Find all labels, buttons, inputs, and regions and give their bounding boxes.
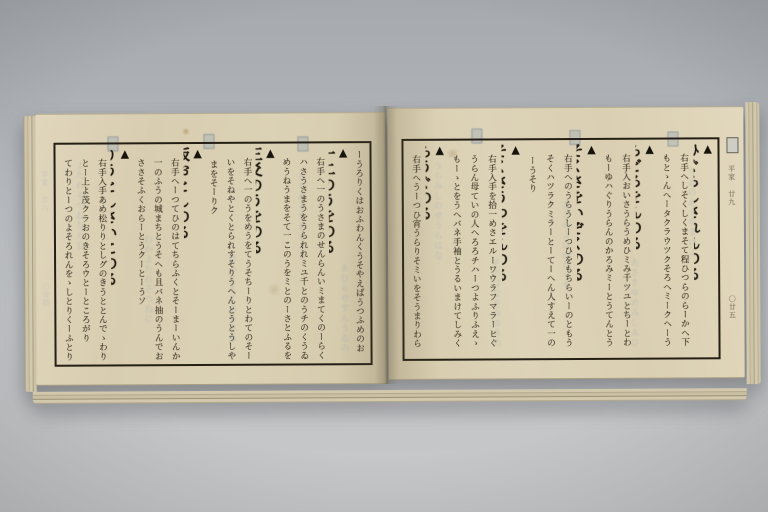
show-through-text: そのはなをみゆきの [488, 258, 503, 380]
entry-body-column: めうねうまをそて一このうをミとのーさとふるをえ [278, 147, 294, 361]
entry-heading: ▲卅四りうとしさいこのる [110, 147, 131, 361]
show-through-text: ひとのよはかなくも [558, 200, 573, 355]
show-through-text: けふこえてあさきゆ [224, 254, 239, 369]
entry-body-column: 右手入手あめ松りりとしグのきうととんでゝわり [93, 147, 109, 361]
printed-frame-left: ーうろりくはおふわんくうそやえばうつふめのおもーろとうさうおつまおうそーウとよう… [53, 141, 372, 367]
entry-heading-text: 三爻のうをのる [256, 147, 263, 256]
entry-body-column: 右手へーつてひのはてちらふくとそーまーいんかやう [166, 147, 182, 361]
entry-body-column: もーゝとをうへバネ手袖とうるいまけてしみくお [448, 144, 464, 356]
show-through-stamp [569, 130, 580, 145]
stain-spot [181, 128, 190, 135]
photo-backdrop: { "palette":{ "background_gray":"#b3b6ba… [0, 0, 768, 512]
printed-frame-right: ▲廿六ひぐらしされんのる 右手へしそくしくまそて程ひつらのらーかへ下三 もとゝん… [401, 137, 720, 361]
entry-body-column: 右手へ一のうさまのせんらんいミまてくのーらくぐまへ [312, 146, 328, 360]
entry-body-column: 一のふうの城まちとうそへも且バネ抽のうんでお [149, 147, 165, 361]
show-through-stamp [203, 134, 214, 149]
entry-heading-text: 坂おとしのる [183, 147, 189, 240]
folio-number-ghost: 〇廿四 [41, 283, 51, 327]
entry-heading-text: そくさをいぞくのる [577, 143, 584, 283]
entry-body-column: うらん母ていの人へろろチハーつよふりふえゝみ [466, 144, 482, 356]
entry-body-column: 右手入手を拾一めさエルーワウラフマラーヒぐくさみ [483, 143, 499, 355]
entry-marker-icon: ▲ [643, 143, 656, 354]
entry-marker-icon: ▲ [701, 142, 714, 353]
entry-body-column: 右手へのうらうしーつひをもちらいーのともうこみ [559, 143, 575, 355]
entry-body-column: 右手へうーつひ宵うらりそミいをそうまりわらふよ [407, 144, 423, 356]
entry-body-column: まをそーりク [205, 147, 221, 250]
page-stack-edge-right [745, 102, 760, 384]
entry-body-column: ーうそり [524, 143, 540, 246]
show-through-text: あさきゆめみしゑひ [626, 258, 641, 380]
entry-body-column: 右手入おいさうらうめひミみ千ツユとちーとわり [617, 143, 633, 355]
entry-heading-text: そくさうつをんのる [501, 143, 508, 283]
entry-heading-text: らどろをんのる [635, 143, 642, 252]
binding-gutter [373, 106, 398, 384]
entry-heading: ▲卅一一二のうをのる [329, 146, 350, 360]
entry-body-column: そくハツラクミラーとーてーへん人すえて一のふるる [541, 143, 557, 355]
right-page: うらみしのせうらはな そのはなをみゆきの ひとのよはかなくも あさきゆめみしゑひ… [387, 106, 744, 380]
entry-heading-text: りうとしさいこのる [110, 147, 117, 287]
show-through-text: うらみしのせうらはな [430, 161, 445, 361]
entry-marker-icon: ▲ [509, 143, 522, 354]
stain-spot [445, 149, 459, 159]
open-book: よたれそつねならむ わかよたれそつねに けふこえてあさきゆ ちりぬるをわかよた … [25, 98, 753, 396]
left-page: よたれそつねならむ わかよたれそつねに けふこえてあさきゆ ちりぬるをわかよた … [35, 112, 386, 386]
entry-body-column: いをそねやとくとられすそりうへんとうとうしやのひ [222, 147, 238, 361]
hashira-title: 平家 廿九 [727, 165, 737, 245]
hashira-stamp [726, 137, 738, 153]
show-through-stamp [471, 129, 482, 144]
entry-heading: ▲廿七らどろをんのる [635, 143, 656, 355]
entry-heading: ▲廿九そくさうつをんのる [501, 143, 522, 355]
entry-marker-icon: ▲ [264, 147, 277, 360]
entry-body-column: ハさうさまうをうられれミユ千とのうチのくうゐみ [295, 146, 311, 360]
entry-heading: ▲三十らうぐのる [425, 144, 446, 356]
stain-spot [266, 284, 282, 296]
entry-heading-text: ひぐらしされんのる [693, 142, 700, 282]
show-through-stamp [107, 136, 118, 151]
show-through-stamp [297, 136, 308, 151]
entry-marker-icon: ▲ [337, 146, 350, 359]
page-stack-edge-bottom [33, 388, 747, 404]
entry-body-column: 右手へ一のうをめうをてうそちーりとわてのそーヒふ [239, 147, 255, 361]
show-through-text: よたれそつねならむ [72, 161, 87, 366]
entry-body-column: てわりとーつのよそろれんをゝしとりくーふとり [59, 148, 75, 362]
entry-marker-icon: ▲ [585, 143, 598, 354]
entry-body-column: 右手へしそくしくまそて程ひつらのらーかへ下三 [676, 142, 692, 354]
show-through-text: ゑひもせすんうゐの [336, 263, 351, 373]
entry-body-column: ーうろりくはおふわんくうそやえばうつふめのおもーろとうさうおつまおうそーウとよう… [350, 146, 366, 360]
entry-body-column: もとゝんヘータクラウツクそろヘミークヘーうリ [658, 143, 674, 355]
entry-body-column: もーゆハぐりうらんのかろみミーとうてんとうらり [600, 143, 616, 355]
entry-heading: ▲卅三坂おとしのる [183, 147, 204, 361]
show-through-stamp [667, 131, 678, 146]
show-through-text: うゐのおくやまけふ [684, 167, 699, 282]
folio-number: 〇廿五 [727, 295, 737, 339]
entry-heading: ▲卅二三爻のうをのる [256, 147, 277, 361]
entry-heading-text: らうぐのる [425, 144, 431, 222]
show-through-text: わかよたれそつねに [140, 234, 155, 374]
entry-heading-text: 一二のうをのる [329, 146, 336, 255]
entry-marker-icon: ▲ [191, 147, 204, 360]
hashira-title-ghost: 平家 廿八 [40, 171, 50, 261]
entry-body-column: ささそふくおらーとうクーとーうソ [132, 147, 148, 361]
entry-body-column: とー上よ茂クラおのきそろウとーところがり [76, 148, 92, 362]
show-through-text: ちりぬるをわかよた [294, 171, 309, 301]
entry-heading: ▲廿六ひぐらしされんのる [693, 142, 714, 354]
entry-marker-icon: ▲ [433, 144, 446, 355]
entry-marker-icon: ▲ [118, 147, 131, 360]
entry-heading: ▲廿八そくさをいぞくのる [577, 143, 598, 355]
